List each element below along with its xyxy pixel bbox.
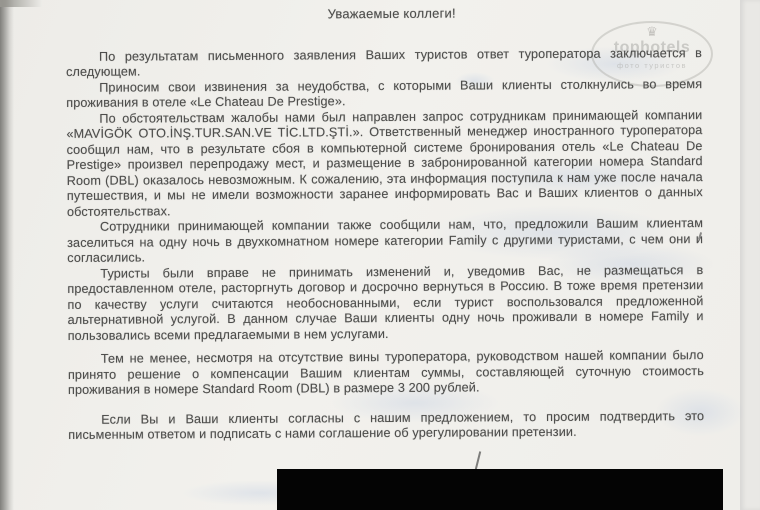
redaction-box bbox=[277, 469, 723, 510]
letter-paragraph: Если Вы и Ваши клиенты согласны с нашим … bbox=[68, 409, 704, 444]
letter-salutation: Уважаемые коллеги! bbox=[74, 4, 710, 23]
scan-edge-left bbox=[0, 0, 14, 510]
letter-paragraph: По результатам письменного заявления Ваш… bbox=[66, 46, 702, 81]
letter-paragraph: Приносим свои извинения за неудобства, с… bbox=[66, 77, 702, 112]
letter-paragraph: Сотрудники принимающей компании также со… bbox=[67, 216, 703, 266]
letter-paragraph: Туристы были вправе не принимать изменен… bbox=[67, 263, 703, 344]
letter-paragraph: Тем не менее, несмотря на отсутствие вин… bbox=[68, 348, 704, 398]
scan-edge-top-left bbox=[0, 0, 42, 7]
scanned-letter-page: ♛ tophotels фото туристов Уважаемые колл… bbox=[0, 0, 760, 510]
letter-paragraph: По обстоятельствам жалобы нами был напра… bbox=[66, 108, 703, 220]
letter-body: Уважаемые коллеги! По результатам письме… bbox=[66, 4, 705, 443]
scan-edge-right bbox=[740, 0, 760, 510]
